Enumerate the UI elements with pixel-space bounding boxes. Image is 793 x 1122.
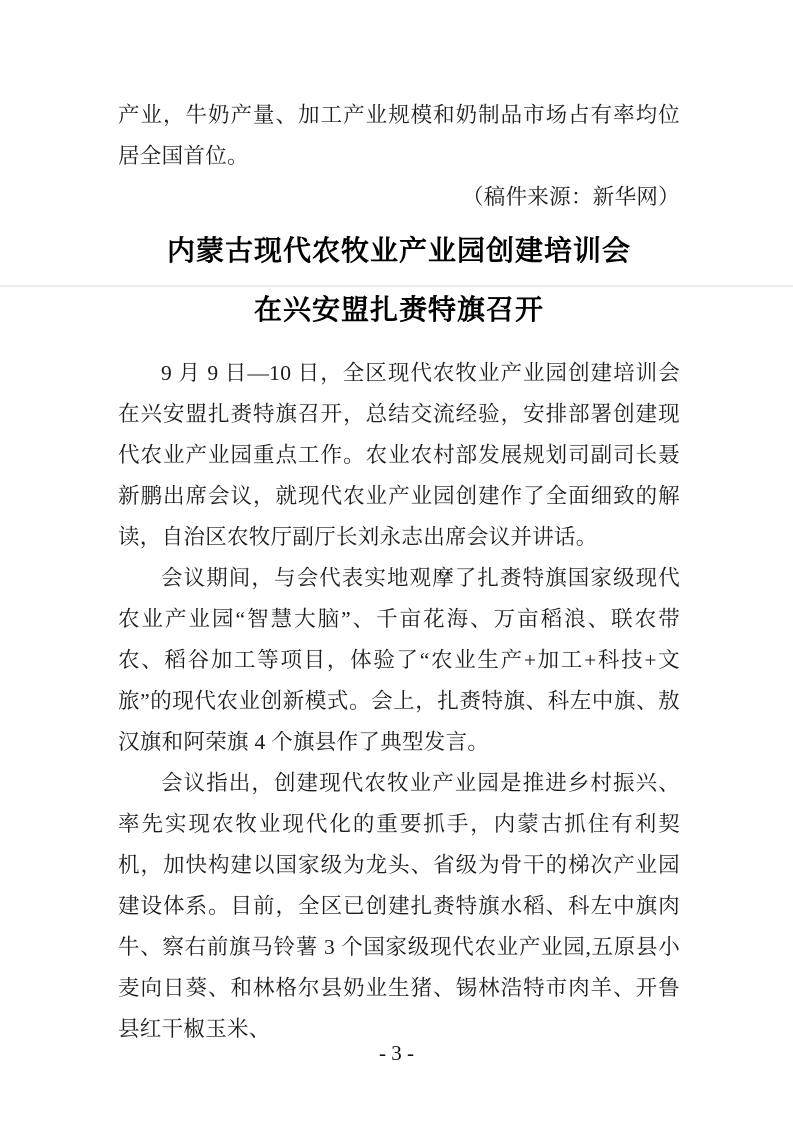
article-title-line1: 内蒙古现代农牧业产业园创建培训会	[118, 222, 680, 281]
intro-paragraph: 产业，牛奶产量、加工产业规模和奶制品市场占有率均位居全国首位。	[118, 95, 680, 177]
paragraph-3: 会议指出，创建现代农牧业产业园是推进乡村振兴、率先实现农牧业现代化的重要抓手，内…	[118, 763, 680, 1050]
document-content: 产业，牛奶产量、加工产业规模和奶制品市场占有率均位居全国首位。 （稿件来源：新华…	[118, 95, 680, 1050]
scan-artifact-line	[0, 285, 793, 287]
paragraph-1: 9 月 9 日—10 日，全区现代农牧业产业园创建培训会在兴安盟扎赉特旗召开，总…	[118, 353, 680, 558]
document-page: 产业，牛奶产量、加工产业规模和奶制品市场占有率均位居全国首位。 （稿件来源：新华…	[0, 0, 793, 1122]
article-title-line2: 在兴安盟扎赉特旗召开	[118, 281, 680, 340]
page-number: - 3 -	[379, 1041, 414, 1065]
page-footer: - 3 -	[0, 1040, 793, 1066]
article-title: 内蒙古现代农牧业产业园创建培训会 在兴安盟扎赉特旗召开	[118, 222, 680, 340]
source-attribution: （稿件来源：新华网）	[118, 177, 680, 218]
paragraph-2: 会议期间，与会代表实地观摩了扎赉特旗国家级现代农业产业园“智慧大脑”、千亩花海、…	[118, 558, 680, 763]
